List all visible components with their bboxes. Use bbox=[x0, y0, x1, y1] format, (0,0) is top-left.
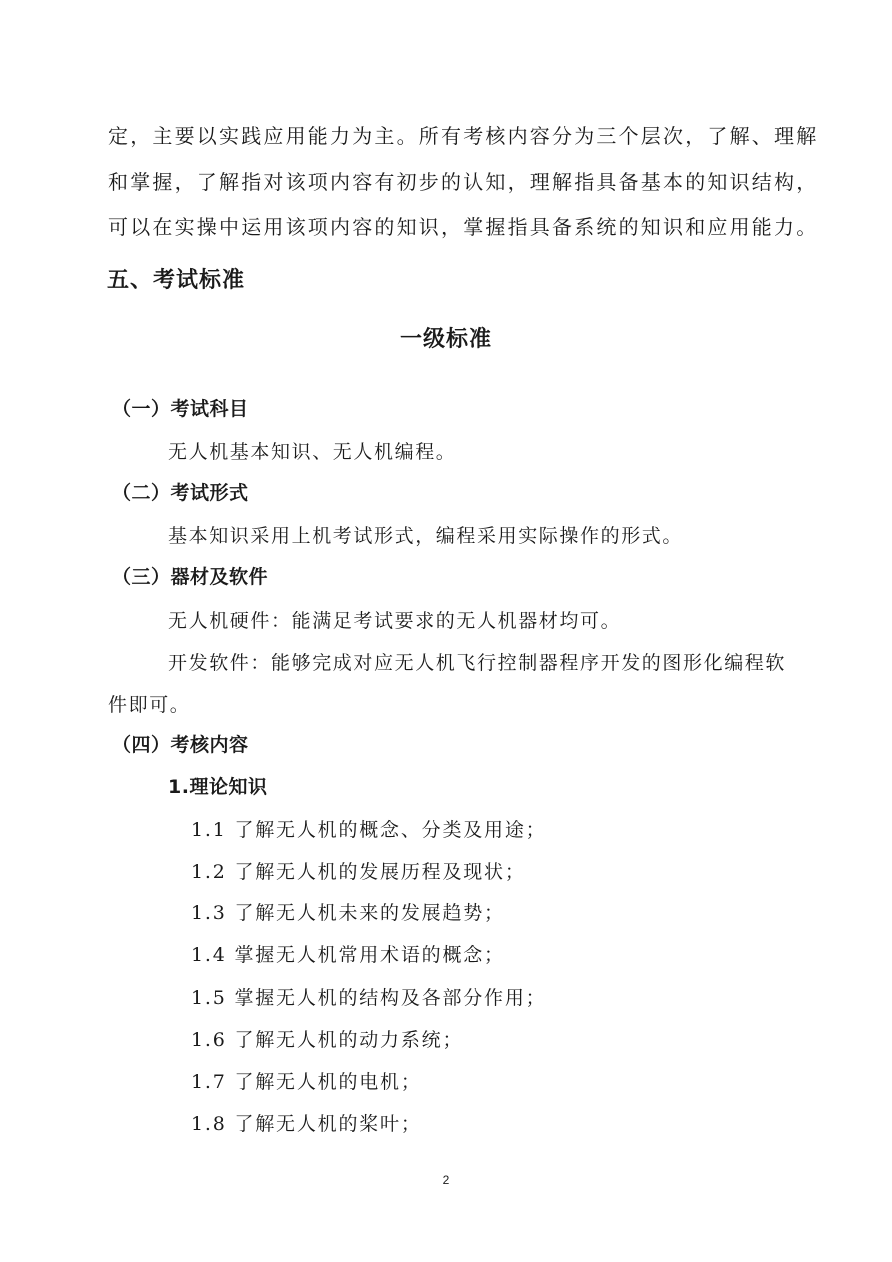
subsection-3-line-3: 件即可。 bbox=[108, 690, 190, 717]
intro-line-1: 定，主要以实践应用能力为主。所有考核内容分为三个层次，了解、理解 bbox=[108, 120, 818, 149]
level-title: 一级标准 bbox=[0, 322, 892, 353]
section-heading: 五、考试标准 bbox=[107, 263, 245, 294]
theory-item-1: 1.1 了解无人机的概念、分类及用途； bbox=[191, 815, 546, 842]
document-page: 定，主要以实践应用能力为主。所有考核内容分为三个层次，了解、理解 和掌握，了解指… bbox=[0, 0, 892, 1262]
theory-item-3: 1.3 了解无人机未来的发展趋势； bbox=[191, 898, 505, 925]
theory-item-6: 1.6 了解无人机的动力系统； bbox=[191, 1025, 463, 1052]
subsection-3-line-2: 开发软件：能够完成对应无人机飞行控制器程序开发的图形化编程软 bbox=[168, 648, 786, 675]
theory-item-4: 1.4 掌握无人机常用术语的概念； bbox=[191, 940, 505, 967]
subsection-1-line-1: 无人机基本知识、无人机编程。 bbox=[168, 437, 456, 464]
subsection-heading-4: （四）考核内容 bbox=[112, 730, 249, 757]
theory-item-8: 1.8 了解无人机的桨叶； bbox=[191, 1109, 422, 1136]
page-number: 2 bbox=[0, 1173, 892, 1187]
theory-item-5: 1.5 掌握无人机的结构及各部分作用； bbox=[191, 983, 546, 1010]
subsection-heading-3: （三）器材及软件 bbox=[112, 562, 268, 589]
intro-line-3: 可以在实操中运用该项内容的知识，掌握指具备系统的知识和应用能力。 bbox=[108, 211, 818, 240]
subsection-heading-1: （一）考试科目 bbox=[112, 394, 249, 421]
theory-heading: 1.理论知识 bbox=[168, 772, 267, 799]
theory-item-7: 1.7 了解无人机的电机； bbox=[191, 1067, 422, 1094]
subsection-heading-2: （二）考试形式 bbox=[112, 478, 249, 505]
theory-item-2: 1.2 了解无人机的发展历程及现状； bbox=[191, 857, 526, 884]
intro-line-2: 和掌握，了解指对该项内容有初步的认知，理解指具备基本的知识结构， bbox=[108, 166, 818, 195]
level-title-text: 一级标准 bbox=[400, 327, 492, 352]
subsection-2-line-1: 基本知识采用上机考试形式，编程采用实际操作的形式。 bbox=[168, 521, 683, 548]
subsection-3-line-1: 无人机硬件：能满足考试要求的无人机器材均可。 bbox=[168, 606, 621, 633]
